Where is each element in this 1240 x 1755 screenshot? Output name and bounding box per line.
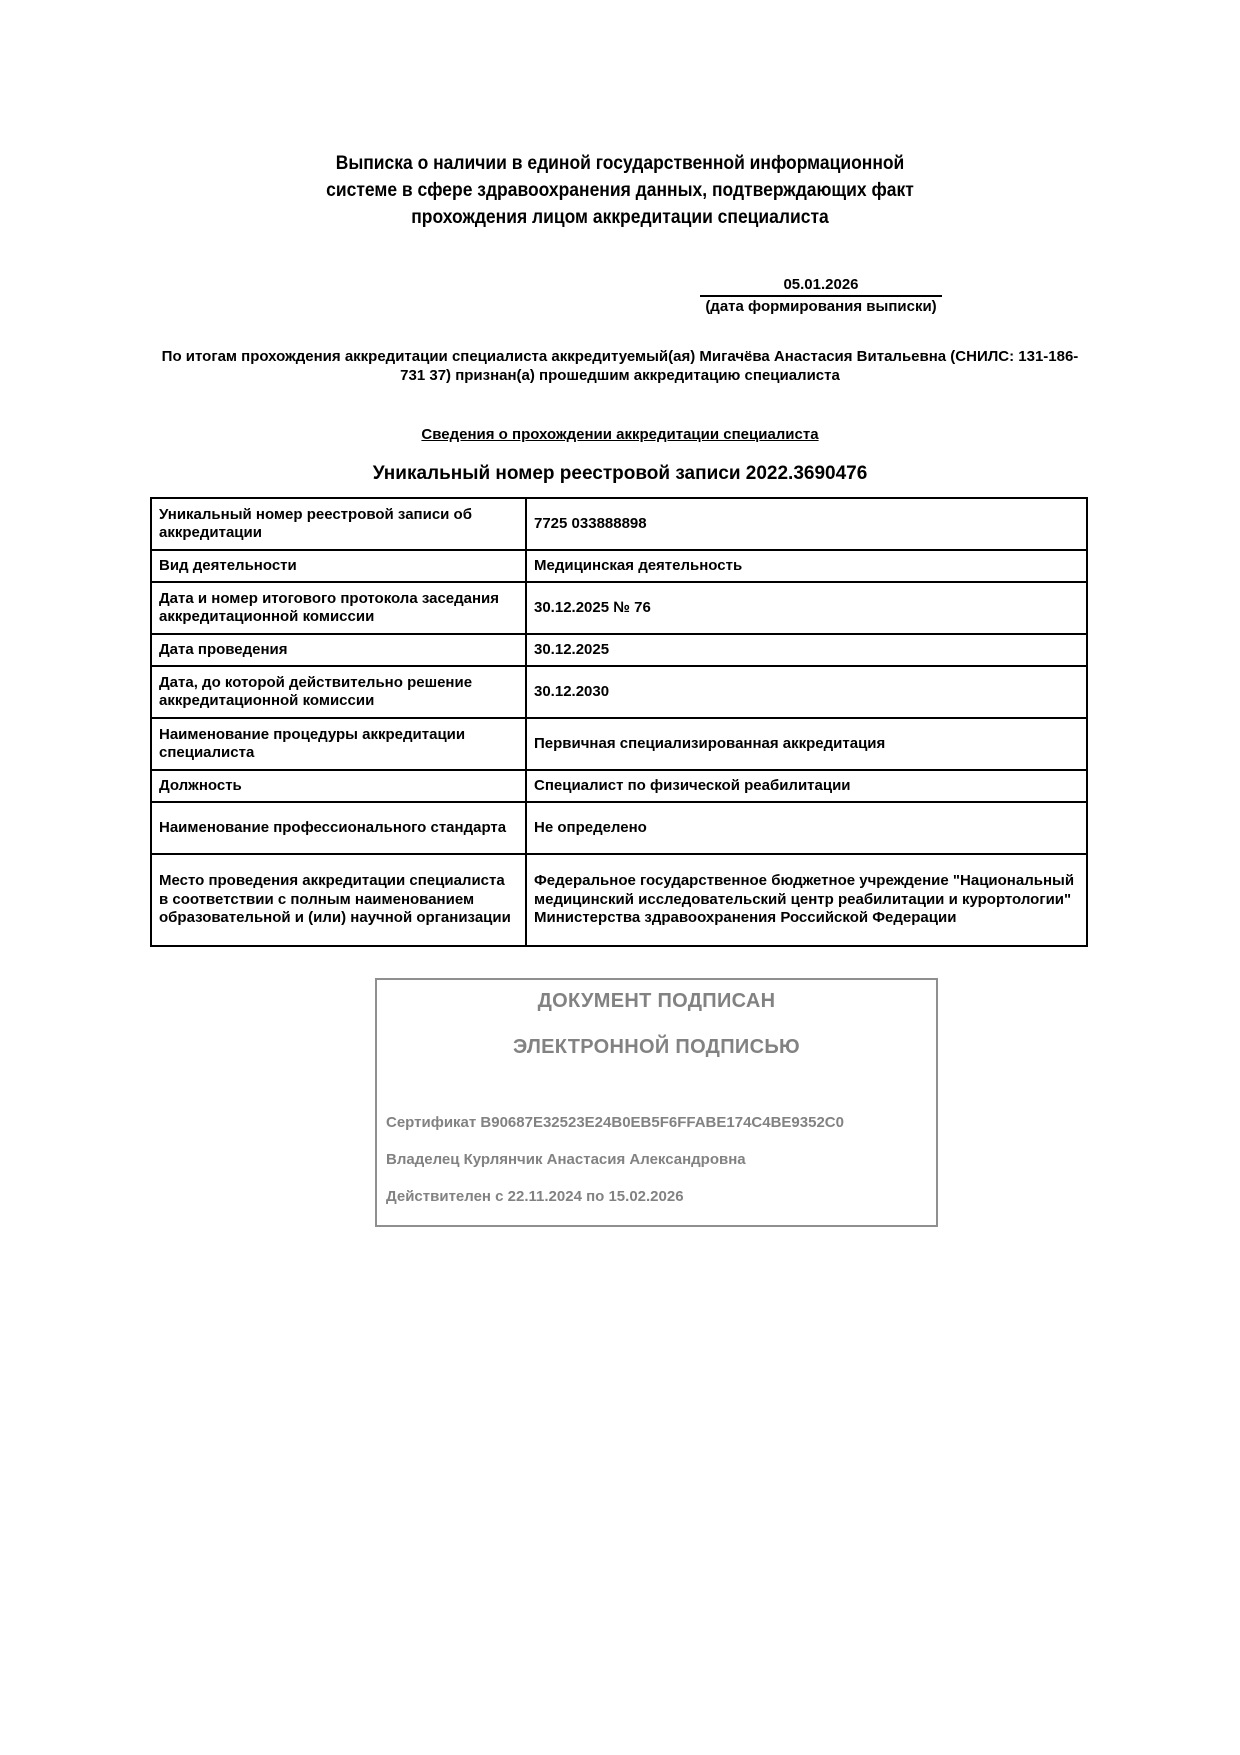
row-label: Место проведения аккредитации специалист… — [151, 854, 526, 946]
extract-date: 05.01.2026 — [700, 275, 942, 297]
row-value: Первичная специализированная аккредитаци… — [526, 718, 1087, 770]
stamp-heading-1: ДОКУМЕНТ ПОДПИСАН — [377, 990, 936, 1013]
table-row: Наименование процедуры аккредитации спец… — [151, 718, 1087, 770]
row-value: Не определено — [526, 802, 1087, 854]
table-row: Дата, до которой действительно решение а… — [151, 666, 1087, 718]
title-line-2: системе в сфере здравоохранения данных, … — [50, 177, 1191, 204]
row-label: Наименование процедуры аккредитации спец… — [151, 718, 526, 770]
registry-number-heading: Уникальный номер реестровой записи 2022.… — [0, 462, 1240, 486]
row-value: 30.12.2025 № 76 — [526, 582, 1087, 634]
row-label: Уникальный номер реестровой записи об ак… — [151, 498, 526, 550]
accreditation-details-table: Уникальный номер реестровой записи об ак… — [150, 497, 1088, 947]
row-value: Специалист по физической реабилитации — [526, 770, 1087, 802]
table-row: Должность Специалист по физической реаби… — [151, 770, 1087, 802]
row-value: 7725 033888898 — [526, 498, 1087, 550]
row-label: Дата и номер итогового протокола заседан… — [151, 582, 526, 634]
stamp-heading-2: ЭЛЕКТРОННОЙ ПОДПИСЬЮ — [377, 1036, 936, 1059]
section-title: Сведения о прохождении аккредитации спец… — [0, 425, 1240, 444]
stamp-certificate: Сертификат B90687E32523E24B0EB5F6FFABE17… — [386, 1114, 844, 1131]
table-row: Место проведения аккредитации специалист… — [151, 854, 1087, 946]
row-value: Федеральное государственное бюджетное уч… — [526, 854, 1087, 946]
document-title: Выписка о наличии в единой государственн… — [50, 150, 1191, 231]
table-row: Вид деятельности Медицинская деятельност… — [151, 550, 1087, 582]
table-row: Дата проведения 30.12.2025 — [151, 634, 1087, 666]
table-row: Дата и номер итогового протокола заседан… — [151, 582, 1087, 634]
title-line-3: прохождения лицом аккредитации специалис… — [50, 204, 1191, 231]
row-value: Медицинская деятельность — [526, 550, 1087, 582]
row-value: 30.12.2030 — [526, 666, 1087, 718]
stamp-owner: Владелец Курлянчик Анастасия Александров… — [386, 1151, 746, 1168]
row-label: Должность — [151, 770, 526, 802]
row-value: 30.12.2025 — [526, 634, 1087, 666]
row-label: Дата проведения — [151, 634, 526, 666]
row-label: Наименование профессионального стандарта — [151, 802, 526, 854]
row-label: Дата, до которой действительно решение а… — [151, 666, 526, 718]
extract-date-block: 05.01.2026 (дата формирования выписки) — [697, 275, 945, 317]
table-row: Наименование профессионального стандарта… — [151, 802, 1087, 854]
row-label: Вид деятельности — [151, 550, 526, 582]
electronic-signature-stamp: ДОКУМЕНТ ПОДПИСАН ЭЛЕКТРОННОЙ ПОДПИСЬЮ С… — [375, 978, 938, 1227]
accreditation-statement: По итогам прохождения аккредитации специ… — [150, 347, 1090, 385]
stamp-validity: Действителен с 22.11.2024 по 15.02.2026 — [386, 1188, 684, 1205]
extract-date-caption: (дата формирования выписки) — [697, 297, 945, 317]
title-line-1: Выписка о наличии в единой государственн… — [50, 150, 1191, 177]
table-row: Уникальный номер реестровой записи об ак… — [151, 498, 1087, 550]
